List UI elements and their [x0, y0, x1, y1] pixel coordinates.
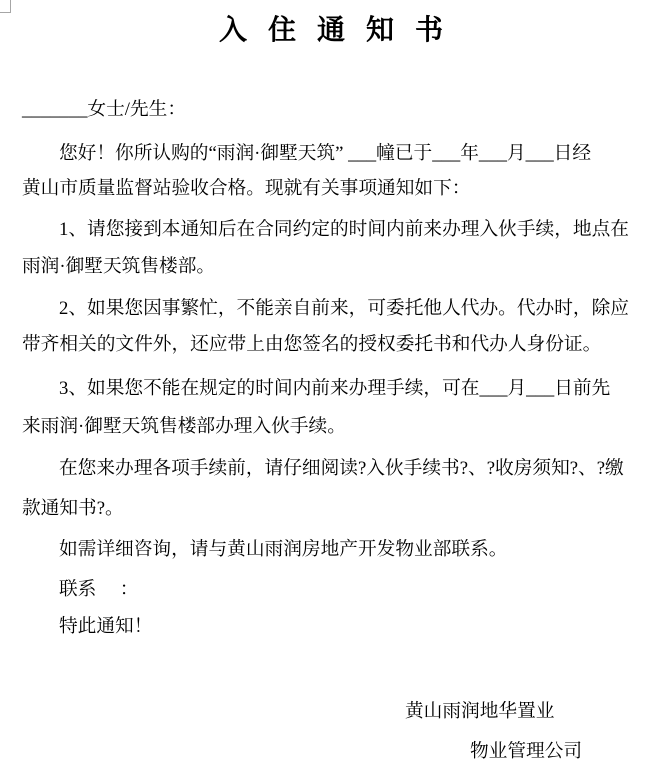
- document-line: 3、如果您不能在规定的时间内前来办理手续，可在___月___日前先: [59, 379, 610, 399]
- signature-company-line: 黄山雨润地华置业: [405, 702, 555, 722]
- document-line: 雨润·御墅天筑售楼部。: [22, 257, 215, 277]
- document-line: 款通知书?。: [22, 499, 124, 519]
- document-line: 1、请您接到本通知后在合同约定的时间内前来办理入伙手续，地点在: [59, 220, 629, 240]
- contact-line: 联系 ：: [59, 580, 138, 600]
- document-line: 黄山市质量监督站验收合格。现就有关事项通知如下：: [22, 179, 471, 199]
- document-line: 来雨润·御墅天筑售楼部办理入伙手续。: [22, 417, 346, 437]
- closing-line: 特此通知！: [59, 617, 152, 637]
- signature-department-line: 物业管理公司: [470, 742, 582, 762]
- document-line: 您好！你所认购的“雨润·御墅天筑” ___幢已于___年___月___日经: [59, 144, 591, 164]
- document-title: 入住通知书: [219, 15, 464, 47]
- document-line: 如需详细咨询，请与黄山雨润房地产开发物业部联系。: [59, 540, 508, 560]
- document-line: 在您来办理各项手续前，请仔细阅读?入伙手续书?、?收房须知?、?缴: [59, 459, 624, 479]
- document-line: 带齐相关的文件外，还应带上由您签名的授权委托书和代办人身份证。: [22, 335, 601, 355]
- document-page: 入住通知书 _______女士/先生： 您好！你所认购的“雨润·御墅天筑” __…: [0, 0, 654, 765]
- document-line: 2、如果您因事繁忙，不能亲自前来，可委托他人代办。代办时，除应: [59, 299, 629, 319]
- text-boundary-corner-mark: [0, 0, 11, 13]
- salutation-line: _______女士/先生：: [22, 100, 186, 120]
